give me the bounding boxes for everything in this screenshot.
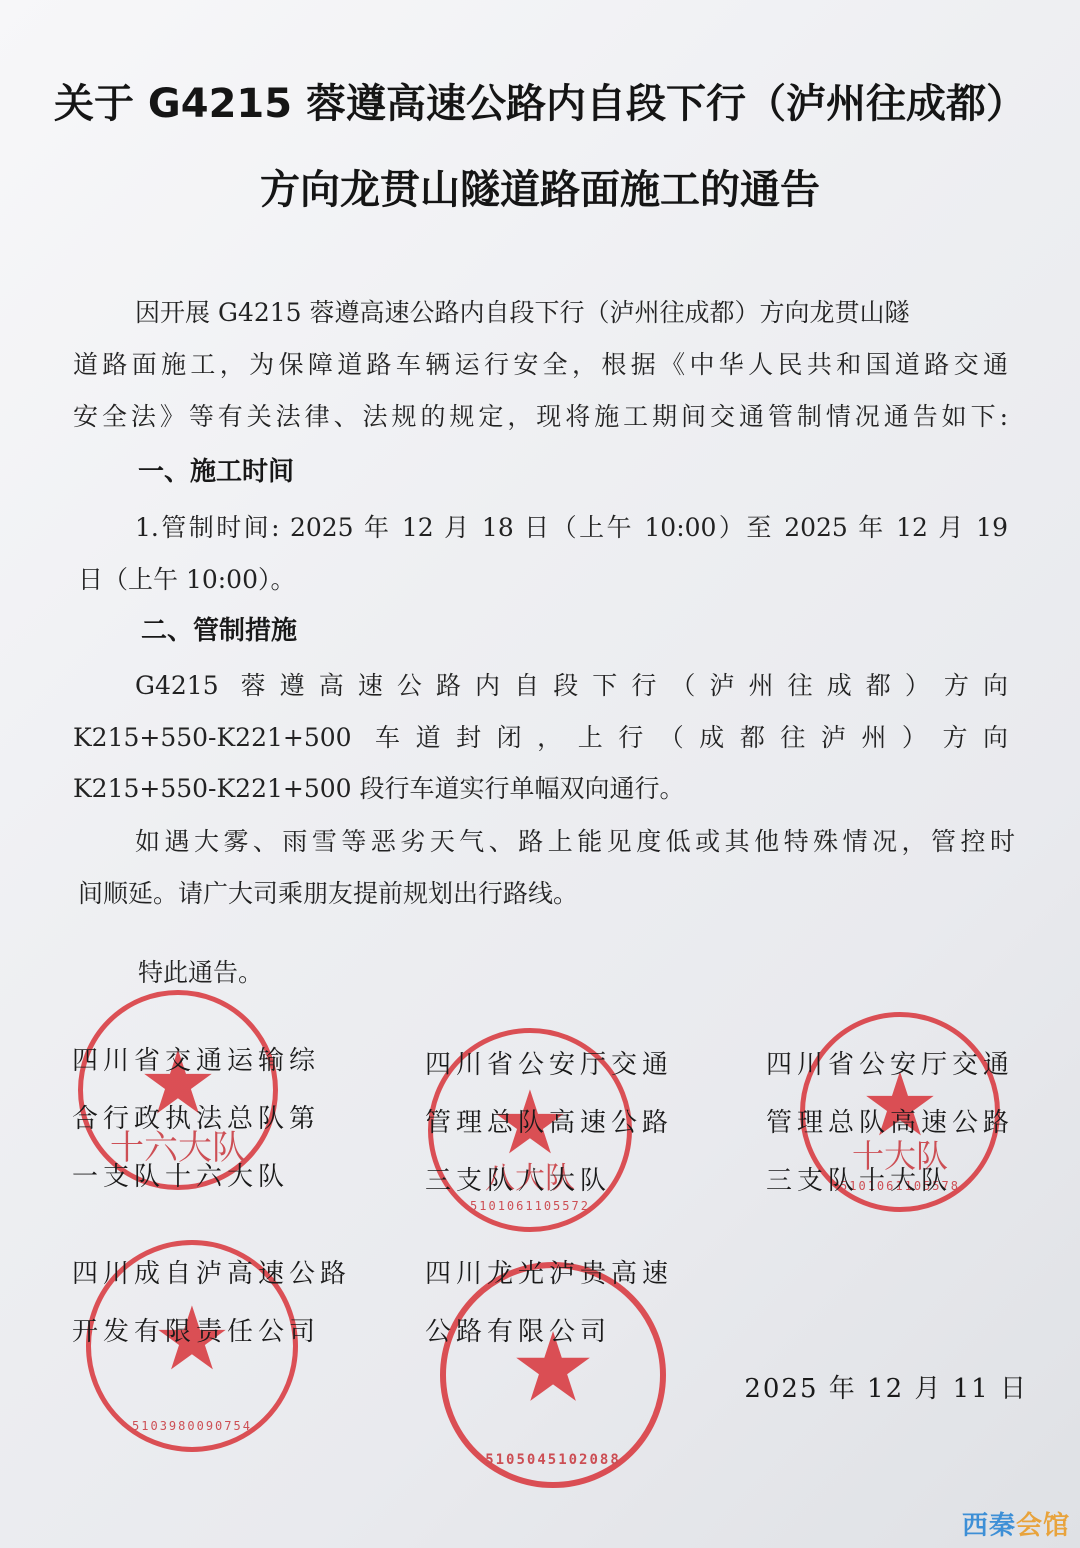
weather-note-line-2: 间顺延。请广大司乘朋友提前规划出行路线。: [78, 874, 578, 910]
watermark-part-2: 会馆: [1016, 1511, 1070, 1541]
issue-date: 2025 年 12 月 11 日: [744, 1368, 1028, 1405]
intro-line-1: 因开展 G4215 蓉遵高速公路内自段下行（泸州往成都）方向龙贯山隧: [135, 293, 910, 329]
signatory-1: 四川省交通运输综 合行政执法总队第 一支队十六大队: [72, 1032, 320, 1206]
seal-code: 5105045102088: [446, 1452, 660, 1468]
signatory-5: 四川龙光泸贵高速 公路有限公司: [425, 1245, 673, 1361]
title-line-1: 关于 G4215 蓉遵高速公路内自段下行（泸州往成都）: [0, 72, 1080, 129]
intro-line-2: 道路面施工，为保障道路车辆运行安全，根据《中华人民共和国道路交通: [73, 345, 1008, 381]
notice-document: 关于 G4215 蓉遵高速公路内自段下行（泸州往成都） 方向龙贯山隧道路面施工的…: [0, 0, 1080, 1548]
watermark-part-1: 西秦: [962, 1511, 1016, 1541]
control-time-line-2: 日（上午 10:00）。: [78, 560, 296, 596]
measures-line-3: K215+550-K221+500 段行车道实行单幅双向通行。: [73, 769, 685, 805]
signatory-2: 四川省公安厅交通 管理总队高速公路 三支队八大队: [425, 1036, 673, 1210]
closing-text: 特此通告。: [138, 953, 263, 989]
section-heading-measures: 二、管制措施: [141, 610, 297, 647]
weather-note-line-1: 如遇大雾、雨雪等恶劣天气、路上能见度低或其他特殊情况，管控时: [135, 822, 1015, 858]
watermark-logo: 西秦会馆: [962, 1505, 1070, 1542]
signatory-3: 四川省公安厅交通 管理总队高速公路 三支队十大队: [766, 1036, 1014, 1210]
signatory-4: 四川成自泸高速公路 开发有限责任公司: [72, 1245, 351, 1361]
measures-line-1: G4215 蓉遵高速公路内自段下行（泸州往成都）方向: [135, 666, 1008, 702]
control-time-line-1: 1.管制时间: 2025 年 12 月 18 日（上午 10:00）至 2025…: [135, 508, 1008, 544]
seal-code: 5103980090754: [91, 1419, 293, 1433]
section-heading-time: 一、施工时间: [138, 451, 294, 488]
intro-line-3: 安全法》等有关法律、法规的规定，现将施工期间交通管制情况通告如下:: [73, 397, 1008, 433]
measures-line-2: K215+550-K221+500 车道封闭，上行（成都往泸州）方向: [73, 718, 1008, 754]
title-line-2: 方向龙贯山隧道路面施工的通告: [0, 158, 1080, 215]
